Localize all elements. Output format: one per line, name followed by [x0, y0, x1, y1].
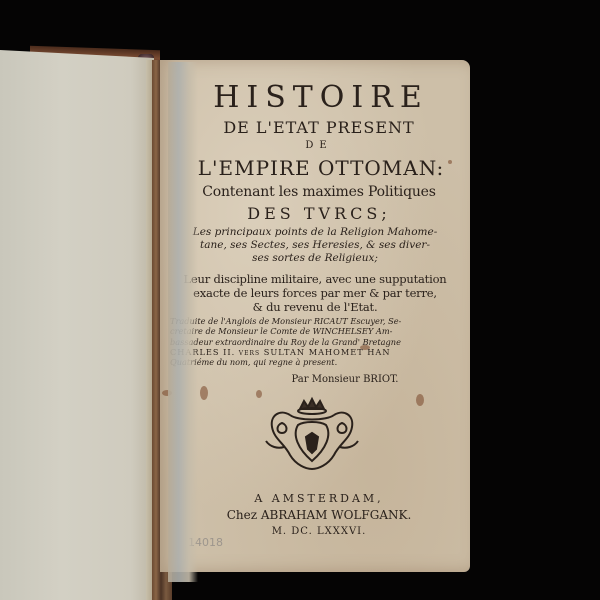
roman-line: Leur discipline militaire, avec une supp…: [160, 272, 470, 286]
water-stain: [168, 62, 198, 582]
title-line-empire: L'EMPIRE OTTOMAN:: [166, 156, 476, 180]
left-flyleaf: [0, 50, 154, 600]
book-photo: HISTOIRE DE L'ETAT PRESENT DE L'EMPIRE O…: [0, 0, 600, 600]
roman-line: exacte de leurs forces par mer & par ter…: [160, 286, 470, 300]
translation-line: CHARLES II. vers SULTAN MAHOMET HAN: [170, 347, 470, 357]
imprint-publisher: Chez ABRAHAM WOLFGANK.: [164, 508, 474, 522]
translation-line: cretaire de Monsieur le Comte de WINCHEL…: [170, 326, 470, 336]
translation-line: Quatriéme du nom, qui regne à present.: [170, 357, 470, 367]
italic-line: tane, ses Sectes, ses Heresies, & ses di…: [160, 239, 470, 252]
subtitle-turcs: DES TVRCS;: [164, 204, 474, 223]
title-histoire: HISTOIRE: [166, 80, 476, 115]
imprint-city: A AMSTERDAM,: [164, 492, 474, 505]
title-page: HISTOIRE DE L'ETAT PRESENT DE L'EMPIRE O…: [160, 60, 470, 572]
printers-device-icon: [260, 395, 364, 473]
translation-line: bassadeur extraordinaire du Roy de la Gr…: [170, 337, 470, 347]
roman-line: & du revenu de l'Etat.: [160, 300, 470, 314]
roman-description: Leur discipline militaire, avec une supp…: [160, 272, 470, 314]
translation-note: Traduite de l'Anglois de Monsieur RICAUT…: [170, 316, 470, 367]
title-line-de: DE: [164, 140, 474, 151]
italic-line: Les principaux points de la Religion Mah…: [160, 226, 470, 239]
italic-description: Les principaux points de la Religion Mah…: [160, 226, 470, 265]
title-line-etat: DE L'ETAT PRESENT: [164, 118, 474, 137]
translation-line: Traduite de l'Anglois de Monsieur RICAUT…: [170, 316, 470, 326]
subtitle-contenant: Contenant les maximes Politiques: [164, 184, 474, 200]
translator-credit: Par Monsieur BRIOT.: [190, 374, 500, 385]
italic-line: ses sortes de Religieux;: [160, 252, 470, 265]
